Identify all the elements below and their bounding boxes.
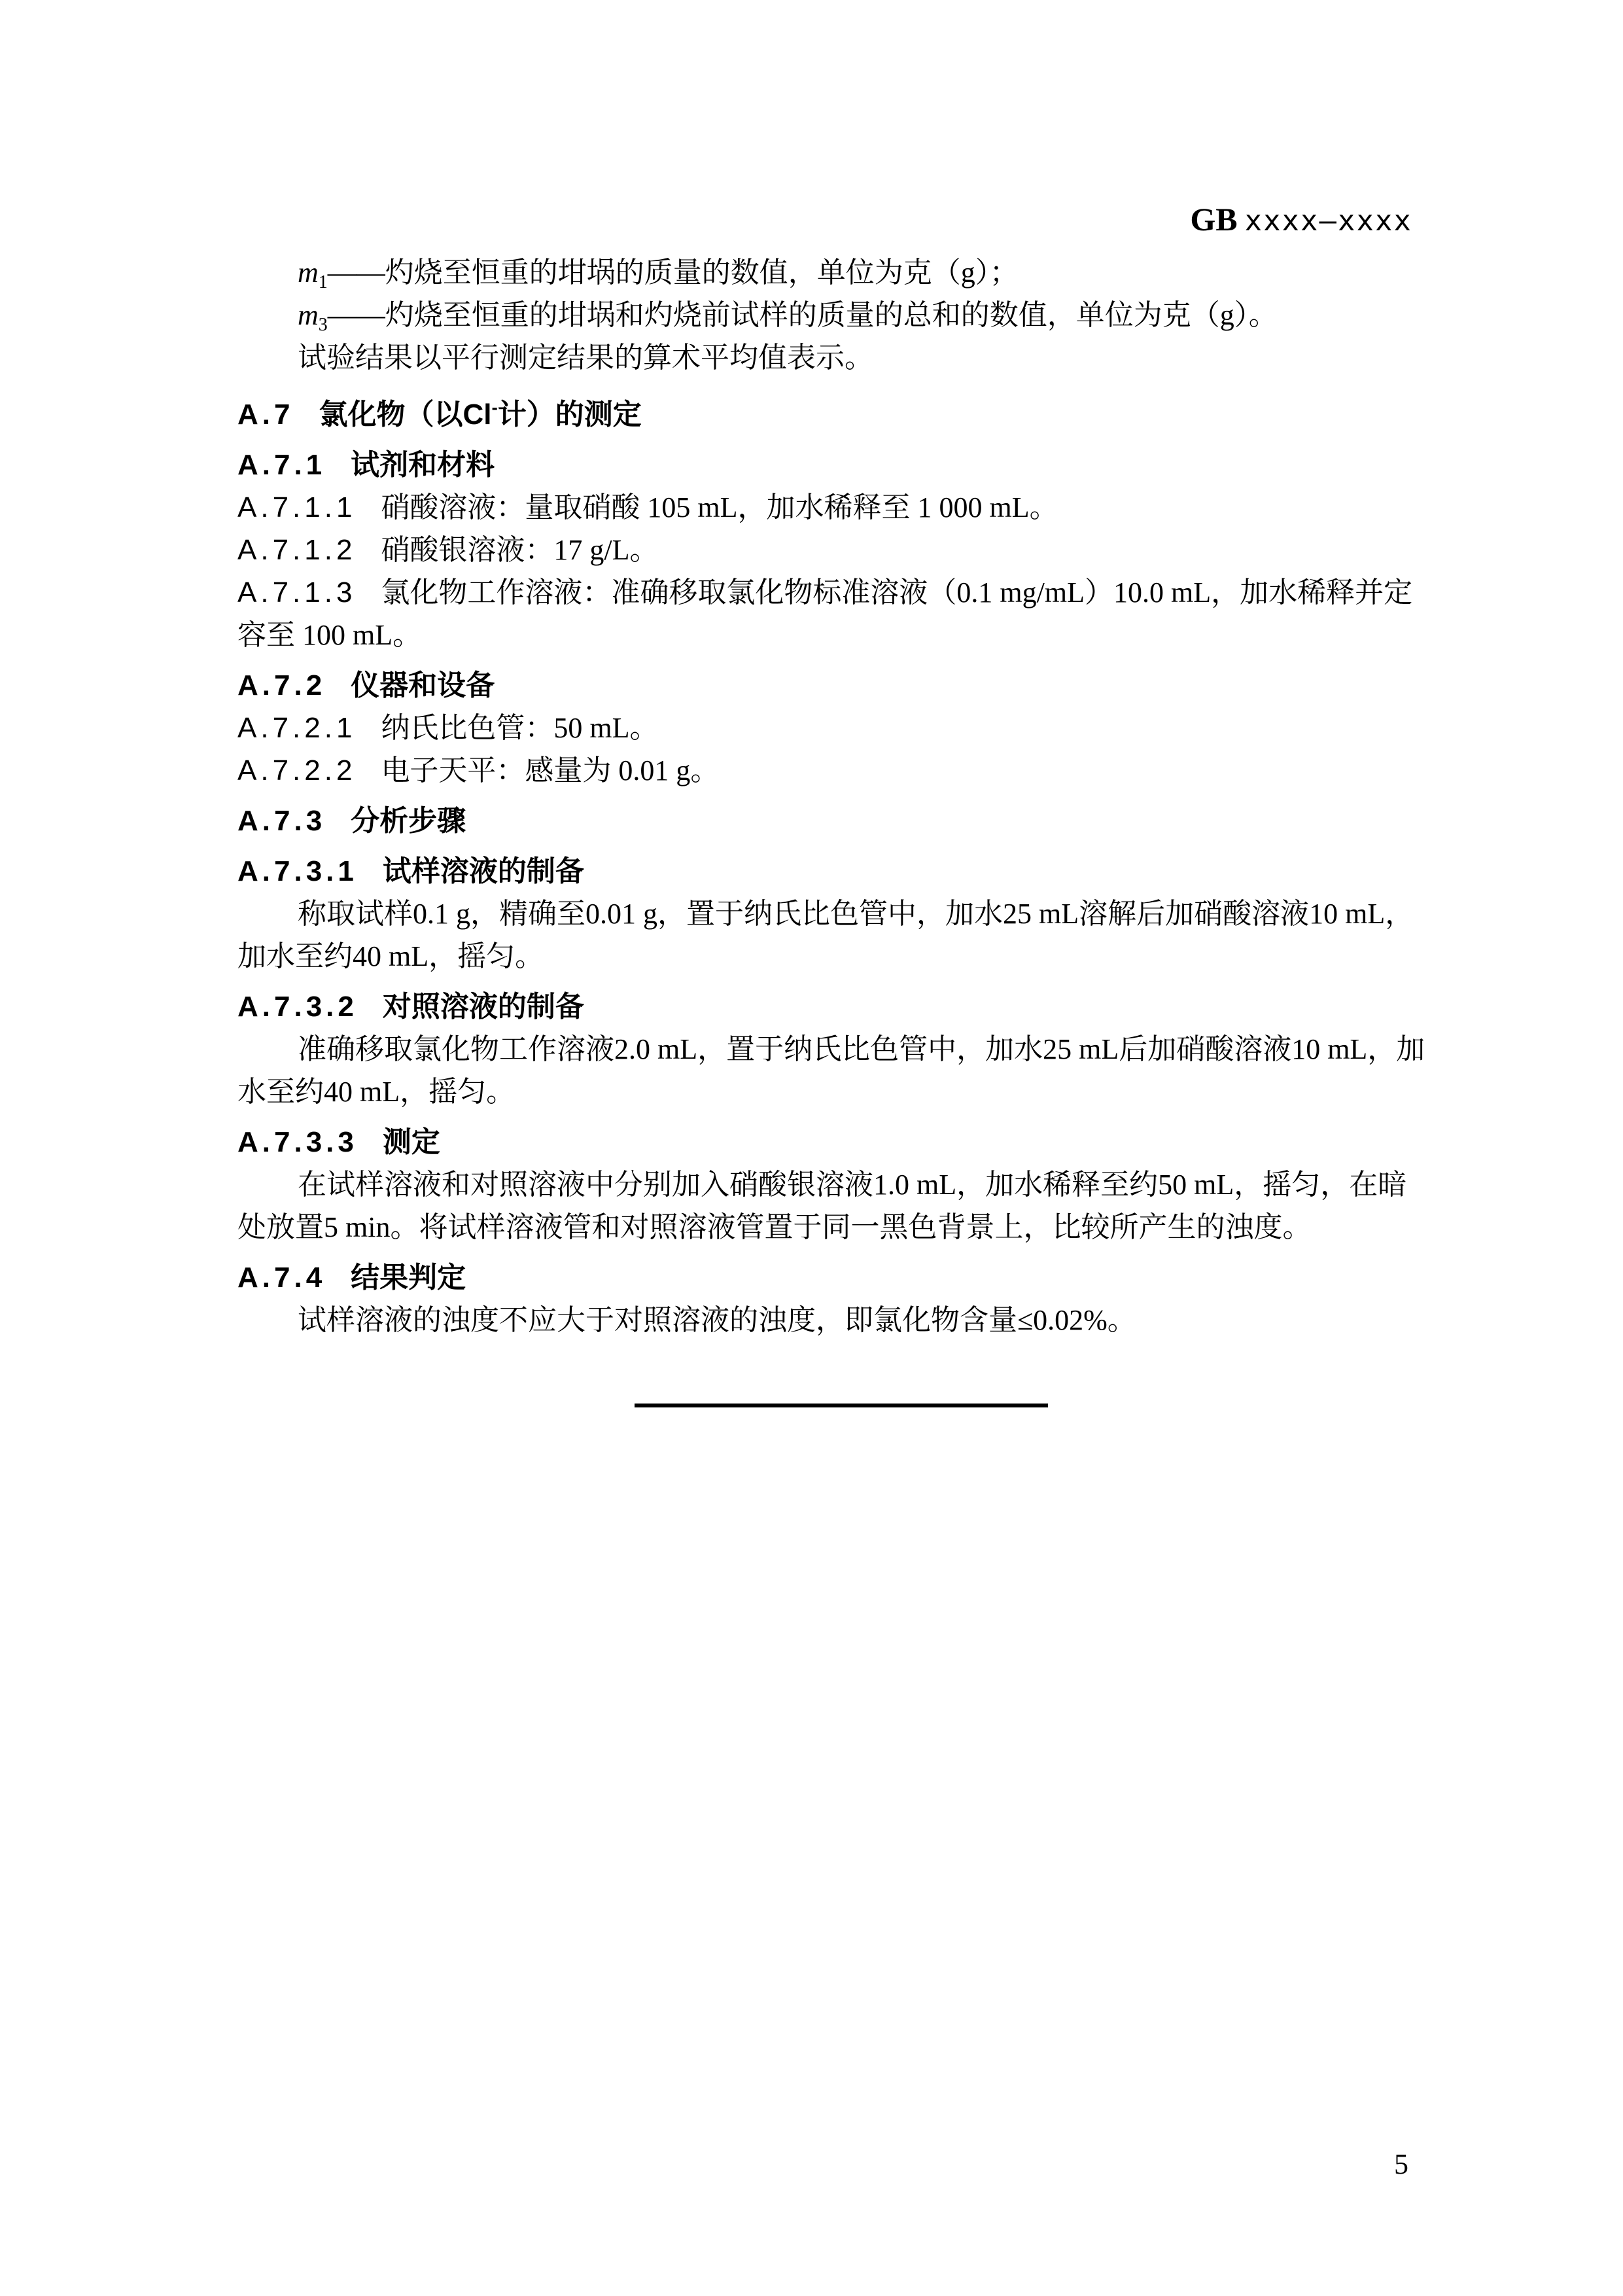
heading-a7-1-title: 试剂和材料 [351,449,495,481]
clause-number-a7-4: A.7.4 [237,1262,326,1294]
definition-m3-text: ——灼烧至恒重的坩埚和灼烧前试样的质量的总和的数值，单位为克（g）。 [328,299,1278,331]
chloride-ion-superscript: - [491,397,497,417]
clause-number-a7-3: A.7.3 [237,805,326,837]
clause-number-a7-3-1: A.7.3.1 [237,855,358,887]
paragraph-a7-3-2-line2: 水至约40 mL，摇匀。 [237,1070,1445,1113]
clause-a7-1-2: A.7.1.2硝酸银溶液：17 g/L。 [237,529,1445,571]
paragraph-a7-4-line1: 试样溶液的浊度不应大于对照溶液的浊度，即氯化物含量≤0.02%。 [237,1299,1445,1341]
clause-a7-2-1: A.7.2.1纳氏比色管：50 mL。 [237,707,1445,749]
clause-number-a7-1-1: A.7.1.1 [237,491,356,523]
clause-number-a7-2-2: A.7.2.2 [237,754,356,786]
clause-a7-2-1-text: 纳氏比色管：50 mL。 [381,712,658,744]
heading-a7-3-3: A.7.3.3测定 [237,1121,1445,1163]
page-number: 5 [1394,2150,1408,2179]
clause-a7-1-1-text: 硝酸溶液：量取硝酸 105 mL，加水稀释至 1 000 mL。 [381,491,1058,523]
paragraph-a7-3-3-line1: 在试样溶液和对照溶液中分别加入硝酸银溶液1.0 mL，加水稀释至约50 mL，摇… [237,1163,1445,1206]
definition-m3: m3——灼烧至恒重的坩埚和灼烧前试样的质量的总和的数值，单位为克（g）。 [237,294,1445,336]
paragraph-a7-3-2-line1: 准确移取氯化物工作溶液2.0 mL，置于纳氏比色管中，加水25 mL后加硝酸溶液… [237,1028,1445,1070]
result-note: 试验结果以平行测定结果的算术平均值表示。 [237,336,1445,379]
standard-code-header: GB xxxx—xxxx [1190,200,1412,238]
heading-a7-3-1-title: 试样溶液的制备 [383,855,584,887]
heading-a7-1: A.7.1试剂和材料 [237,444,1445,486]
definition-m1: m1——灼烧至恒重的坩埚的质量的数值，单位为克（g）； [237,251,1445,294]
clause-number-a7-2-1: A.7.2.1 [237,712,356,744]
clause-a7-2-2-text: 电子天平：感量为 0.01 g。 [381,754,719,786]
clause-number-a7-3-3: A.7.3.3 [237,1126,358,1158]
heading-a7-3-title: 分析步骤 [351,805,466,837]
symbol-m1-subscript: 1 [319,272,328,292]
clause-a7-1-2-text: 硝酸银溶液：17 g/L。 [381,534,658,566]
clause-number-a7-2: A.7.2 [237,669,326,701]
heading-a7: A.7氯化物（以Cl-计）的测定 [237,393,1445,436]
clause-a7-1-1: A.7.1.1硝酸溶液：量取硝酸 105 mL，加水稀释至 1 000 mL。 [237,486,1445,529]
heading-a7-4-title: 结果判定 [351,1262,466,1294]
standard-prefix: GB [1190,201,1237,238]
heading-a7-title-post: 计）的测定 [498,398,642,431]
symbol-m3-subscript: 3 [319,315,328,335]
clause-a7-1-3-text: 氯化物工作溶液：准确移取氯化物标准溶液（0.1 mg/mL）10.0 mL，加水… [381,576,1412,609]
end-of-document-rule [635,1404,1048,1407]
heading-a7-3-1: A.7.3.1试样溶液的制备 [237,850,1445,892]
clause-a7-2-2: A.7.2.2电子天平：感量为 0.01 g。 [237,749,1445,792]
definition-m1-text: ——灼烧至恒重的坩埚的质量的数值，单位为克（g）； [328,256,1019,289]
heading-a7-2-title: 仪器和设备 [351,669,495,701]
standard-number: xxxx—xxxx [1245,204,1412,238]
heading-a7-3-2-title: 对照溶液的制备 [383,991,584,1023]
clause-a7-1-3: A.7.1.3氯化物工作溶液：准确移取氯化物标准溶液（0.1 mg/mL）10.… [237,571,1445,614]
heading-a7-title-pre: 氯化物（以Cl [319,398,491,431]
symbol-m1: m [298,256,319,289]
clause-a7-1-3-continuation: 容至 100 mL。 [237,614,1445,656]
paragraph-a7-3-3-line2: 处放置5 min。将试样溶液管和对照溶液管置于同一黑色背景上，比较所产生的浊度。 [237,1206,1445,1248]
heading-a7-3-2: A.7.3.2对照溶液的制备 [237,985,1445,1028]
heading-a7-2: A.7.2仪器和设备 [237,664,1445,707]
heading-a7-4: A.7.4结果判定 [237,1256,1445,1299]
document-body: m1——灼烧至恒重的坩埚的质量的数值，单位为克（g）； m3——灼烧至恒重的坩埚… [237,251,1445,1407]
document-page: GB xxxx—xxxx m1——灼烧至恒重的坩埚的质量的数值，单位为克（g）；… [0,0,1623,2296]
clause-number-a7-1: A.7.1 [237,449,326,481]
clause-number-a7-3-2: A.7.3.2 [237,991,358,1023]
heading-a7-3-3-title: 测定 [383,1126,440,1158]
paragraph-a7-3-1-line2: 加水至约40 mL，摇匀。 [237,935,1445,978]
paragraph-a7-3-1-line1: 称取试样0.1 g，精确至0.01 g，置于纳氏比色管中，加水25 mL溶解后加… [237,892,1445,935]
symbol-m3: m [298,299,319,331]
heading-a7-3: A.7.3分析步骤 [237,800,1445,842]
clause-number-a7: A.7 [237,398,294,431]
clause-number-a7-1-2: A.7.1.2 [237,534,356,566]
clause-number-a7-1-3: A.7.1.3 [237,576,356,609]
